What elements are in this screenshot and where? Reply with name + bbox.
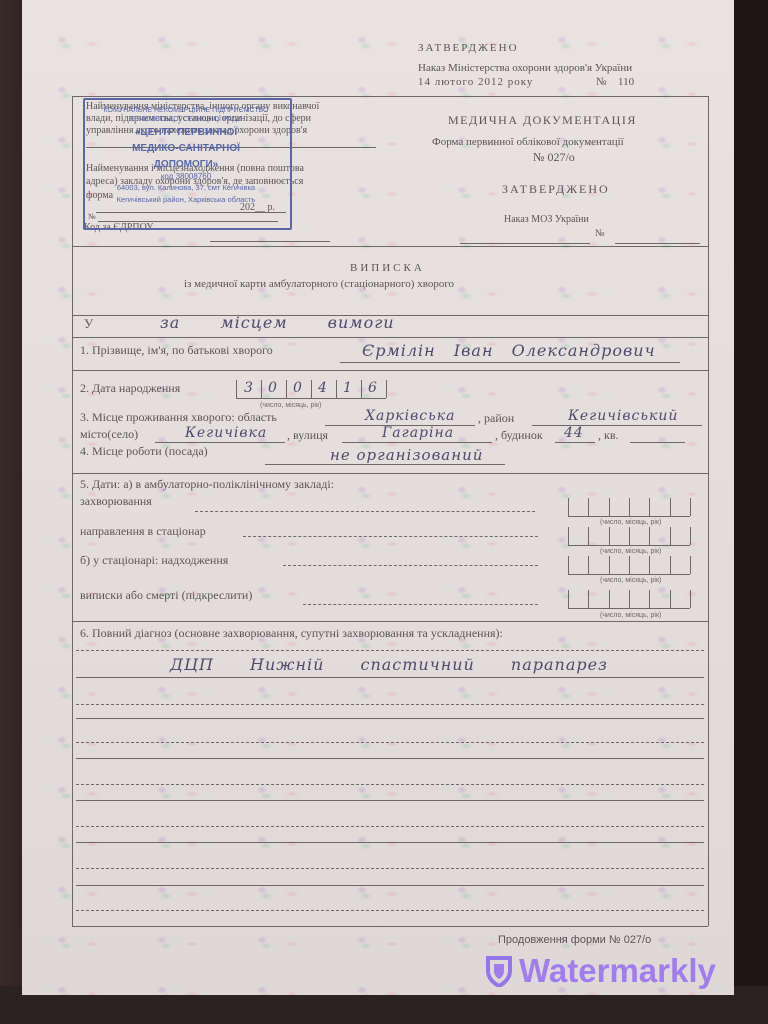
date-cell-divider (568, 498, 569, 516)
header-approved-number-label: № (596, 76, 607, 88)
date-cell-divider (629, 498, 630, 516)
referral-date-boxes[interactable] (568, 527, 690, 546)
date-cell-divider (588, 498, 589, 516)
dob-caption: (число, місяць, рік) (260, 402, 321, 409)
street-underline (342, 442, 492, 443)
date-cell-divider (386, 380, 387, 398)
recipient-label: У (84, 316, 93, 332)
dob-digit-6[interactable]: 6 (368, 380, 378, 396)
form-approved-title: ЗАТВЕРДЖЕНО (502, 182, 610, 197)
stamp-line2: КЕЧИЧІВСЬКОЇ СЕЛИЩНОЇ РАДИ (91, 116, 281, 123)
city-label: місто(село) (80, 427, 138, 442)
work-label: 4. Місце роботи (посада) (80, 444, 208, 459)
work-underline (265, 464, 505, 465)
admission-date-boxes[interactable] (568, 556, 690, 575)
stamp-line5: ДОПОМОГИ» (91, 159, 281, 170)
date-cell-divider (568, 527, 569, 545)
discharge-date-caption: (число, місяць, рік) (600, 612, 661, 619)
dob-label: 2. Дата народження (80, 381, 180, 396)
illness-line (195, 511, 535, 512)
date-cell-divider (670, 556, 671, 574)
date-cell-divider (286, 380, 287, 398)
form-bottom-border (72, 926, 708, 927)
diagnosis-ruled-line (76, 742, 704, 743)
date-cell-divider (690, 590, 691, 608)
name-value[interactable]: Єрмілін Іван Олександрович (362, 341, 656, 360)
referral-date-caption: (число, місяць, рік) (600, 548, 661, 555)
work-row-line (72, 473, 708, 474)
date-cell-divider (690, 527, 691, 545)
dob-digit-1[interactable]: 3 (244, 380, 254, 396)
diagnosis-ruled-line (76, 784, 704, 785)
apt-label: , кв. (598, 428, 619, 443)
document-title: ВИПИСКА (350, 262, 425, 274)
city-value[interactable]: Кегичівка (185, 425, 267, 441)
date-cell-divider (588, 590, 589, 608)
form-top-border (72, 96, 708, 97)
form-approved-number-label: № (595, 228, 605, 239)
district-label: , район (478, 411, 514, 426)
form-left-border (72, 96, 73, 926)
date-cell-divider (588, 527, 589, 545)
header-approved-title: ЗАТВЕРДЖЕНО (418, 42, 519, 54)
form-order-line-a (460, 243, 590, 244)
stamp-line7: 64003, вул. Калинова, 37, смт Кегичівка (91, 183, 281, 192)
header-approved-date: 14 лютого 2012 року (418, 76, 533, 88)
date-cell-divider (609, 498, 610, 516)
date-cell-divider (236, 380, 237, 398)
diagnosis-value[interactable]: ДЦП Нижній спастичний парапарез (170, 655, 608, 674)
form-approved-order: Наказ МОЗ України (504, 214, 589, 225)
date-cell-divider (568, 590, 569, 608)
document-subtitle: із медичної карти амбулаторного (стаціон… (184, 278, 454, 290)
recipient-value[interactable]: за місцем вимоги (160, 313, 395, 332)
stamp-line6: код 38008760 (91, 172, 281, 181)
stamp-line4: МЕДИКО-САНІТАРНОЇ (91, 143, 281, 154)
dates-label: 5. Дати: а) в амбулаторно-поліклінічному… (80, 477, 334, 492)
admission-label: б) у стаціонарі: надходження (80, 553, 228, 568)
city-underline (155, 442, 285, 443)
district-value[interactable]: Кегичівський (568, 408, 678, 424)
admission-line (283, 565, 538, 566)
street-value[interactable]: Гагаріна (382, 425, 454, 441)
form-doc-title: МЕДИЧНА ДОКУМЕНТАЦІЯ (448, 113, 637, 128)
date-cell-divider (609, 556, 610, 574)
diagnosis-ruled-line (76, 842, 704, 843)
referral-label: направлення в стаціонар (80, 524, 206, 539)
header-approved-order: Наказ Міністерства охорони здоров'я Укра… (418, 62, 632, 74)
form-right-border (708, 96, 709, 926)
date-cell-divider (629, 590, 630, 608)
street-label: , вулиця (287, 428, 328, 443)
date-cell-divider (649, 556, 650, 574)
diagnosis-label: 6. Повний діагноз (основне захворювання,… (80, 626, 503, 641)
house-value[interactable]: 44 (564, 425, 584, 441)
dob-digit-3[interactable]: 0 (293, 380, 303, 396)
dob-boxes (236, 380, 386, 399)
dob-digit-4[interactable]: 4 (318, 380, 328, 396)
diagnosis-ruled-line (76, 910, 704, 911)
date-cell-divider (311, 380, 312, 398)
recipient-bottom-line (72, 337, 708, 338)
date-cell-divider (568, 556, 569, 574)
date-cell-divider (629, 556, 630, 574)
date-cell-divider (670, 527, 671, 545)
diagnosis-ruled-line (76, 758, 704, 759)
date-cell-divider (690, 556, 691, 574)
residence-label: 3. Місце проживання хворого: область (80, 410, 277, 425)
shield-icon (485, 955, 513, 987)
dob-digit-2[interactable]: 0 (268, 380, 278, 396)
name-label: 1. Прізвище, ім'я, по батькові хворого (80, 343, 273, 358)
stamp-line8: Кегичівський район, Харківська область (91, 195, 281, 204)
date-cell-divider (361, 380, 362, 398)
watermark-text: Watermarkly (519, 952, 716, 990)
date-cell-divider (690, 498, 691, 516)
dob-digit-5[interactable]: 1 (343, 380, 353, 396)
district-underline (532, 425, 702, 426)
date-cell-divider (336, 380, 337, 398)
discharge-label: виписки або смерті (підкреслити) (80, 588, 252, 603)
name-underline (340, 362, 680, 363)
date-cell-divider (649, 527, 650, 545)
name-row-line (72, 370, 708, 371)
stamp-line3: «ЦЕНТР ПЕРВИННОЇ (91, 127, 281, 138)
date-cell-divider (649, 498, 650, 516)
dates-row-line (72, 621, 708, 622)
diagnosis-ruled-line (76, 885, 704, 886)
form-order-line-b (615, 243, 700, 244)
form-doc-subtitle: Форма первинної облікової документації (432, 136, 624, 148)
illness-date-boxes[interactable] (568, 498, 690, 517)
discharge-line (303, 604, 538, 605)
date-cell-divider (609, 527, 610, 545)
referral-line (243, 536, 538, 537)
stamp-line1: КОМУНАЛЬНЕ НЕКОМЕРЦІЙНЕ ПІДПРИЄМСТВО (91, 107, 281, 114)
form-order-line-left (210, 241, 330, 242)
diagnosis-ruled-line (76, 677, 704, 678)
discharge-date-boxes[interactable] (568, 590, 690, 609)
diagnosis-ruled-line (76, 704, 704, 705)
header-approved-number: 110 (618, 76, 634, 88)
diagnosis-ruled-line (76, 800, 704, 801)
apt-underline (630, 442, 685, 443)
house-label: , будинок (495, 428, 543, 443)
admission-date-caption: (число, місяць, рік) (600, 577, 661, 584)
form-number: № 027/о (533, 150, 575, 165)
diagnosis-ruled-line (76, 650, 704, 651)
date-cell-divider (670, 498, 671, 516)
continuation-note: Продовження форми № 027/о (498, 934, 651, 946)
institution-stamp: КОМУНАЛЬНЕ НЕКОМЕРЦІЙНЕ ПІДПРИЄМСТВО КЕЧ… (83, 98, 292, 230)
house-underline (555, 442, 595, 443)
date-cell-divider (588, 556, 589, 574)
region-value[interactable]: Харківська (365, 408, 455, 424)
date-cell-divider (649, 590, 650, 608)
date-cell-divider (609, 590, 610, 608)
date-cell-divider (629, 527, 630, 545)
date-cell-divider (670, 590, 671, 608)
date-cell-divider (261, 380, 262, 398)
diagnosis-ruled-line (76, 826, 704, 827)
illness-date-caption: (число, місяць, рік) (600, 519, 661, 526)
watermark: Watermarkly (485, 952, 716, 990)
diagnosis-ruled-line (76, 868, 704, 869)
diagnosis-ruled-line (76, 718, 704, 719)
work-value[interactable]: не організований (330, 446, 483, 464)
illness-label: захворювання (80, 494, 152, 509)
header-divider (72, 246, 708, 247)
